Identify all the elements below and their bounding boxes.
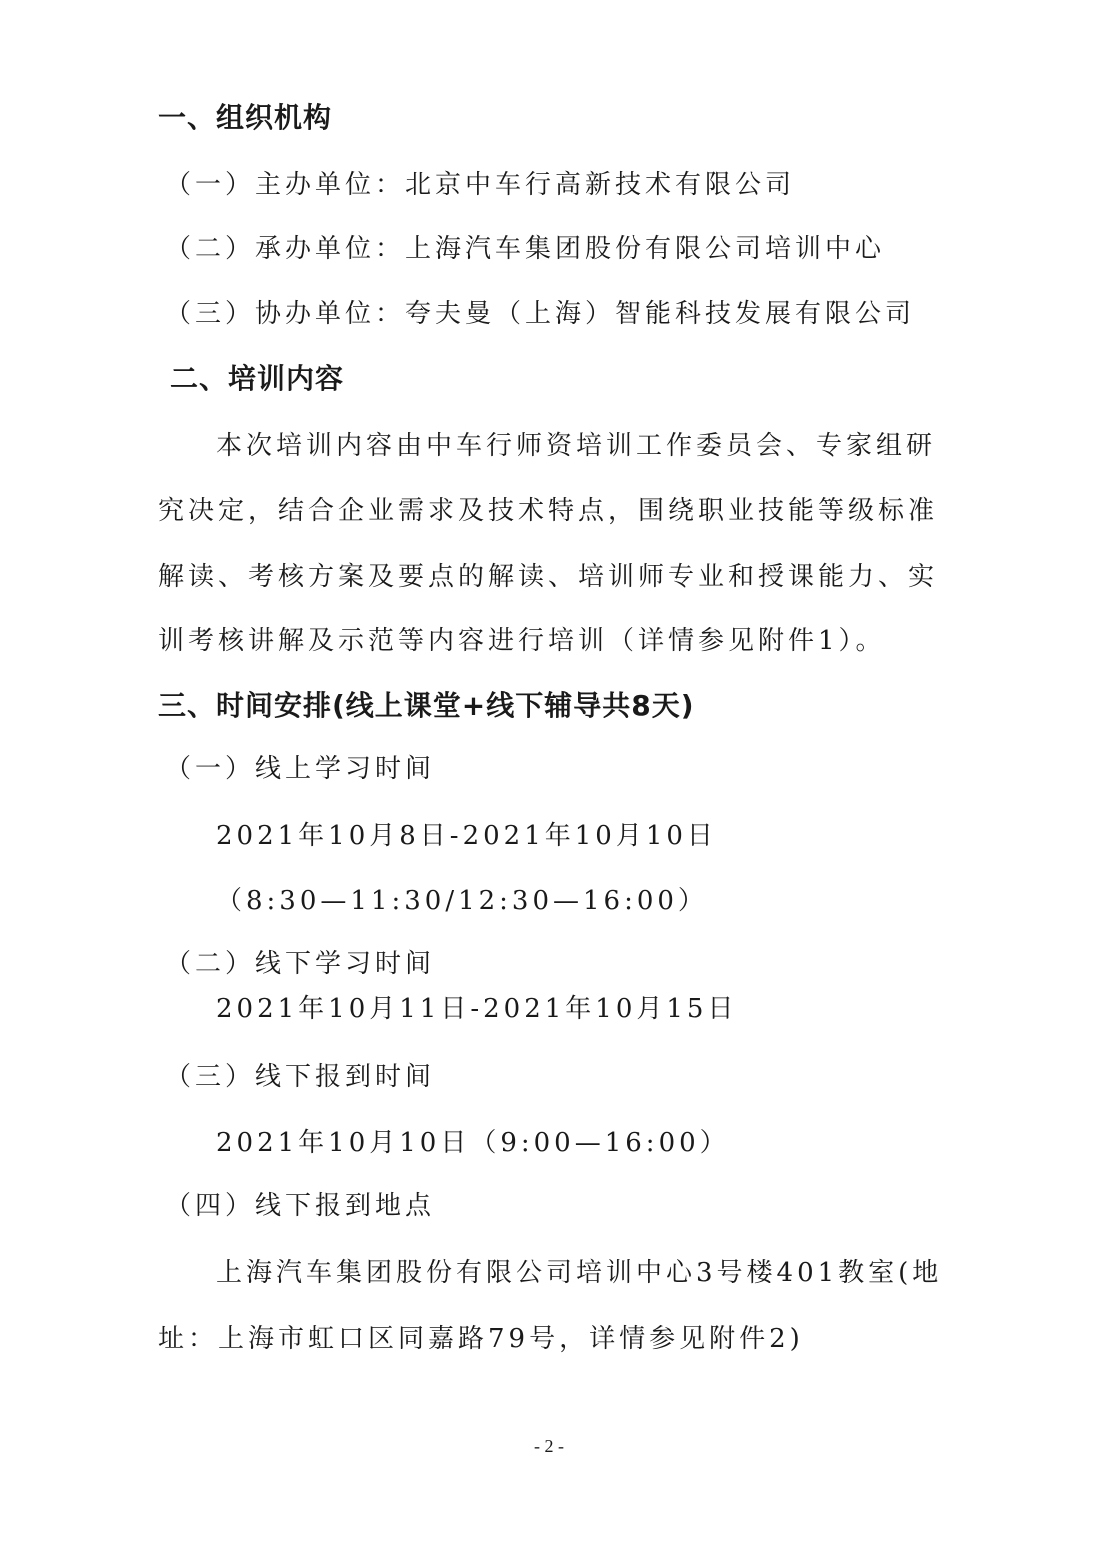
section-heading-content: 二、培训内容 (170, 357, 344, 397)
content-paragraph-line: 究决定，结合企业需求及技术特点，围绕职业技能等级标准 (158, 490, 938, 527)
section-heading-schedule: 三、时间安排(线上课堂+线下辅导共8天) (158, 684, 695, 724)
registration-location-line: 上海汽车集团股份有限公司培训中心3号楼401教室(地 (216, 1252, 942, 1289)
registration-location-line: 址：上海市虹口区同嘉路79号，详情参见附件2) (158, 1318, 804, 1355)
host-line: （二）承办单位：上海汽车集团股份有限公司培训中心 (165, 228, 885, 265)
registration-time-date: 2021年10月10日（9:00—16:00） (216, 1122, 730, 1159)
section-heading-organization: 一、组织机构 (158, 96, 332, 136)
online-study-date: 2021年10月8日-2021年10月10日 (216, 815, 717, 852)
online-study-title: （一）线上学习时间 (165, 748, 435, 785)
registration-time-title: （三）线下报到时间 (165, 1056, 435, 1093)
content-paragraph-line: 解读、考核方案及要点的解读、培训师专业和授课能力、实 (158, 556, 938, 593)
online-study-time: （8:30—11:30/12:30—16:00） (216, 880, 708, 917)
offline-study-date: 2021年10月11日-2021年10月15日 (216, 988, 737, 1025)
page-number: - 2 - (534, 1436, 564, 1457)
registration-location-title: （四）线下报到地点 (165, 1185, 435, 1222)
content-paragraph-line: 训考核讲解及示范等内容进行培训（详情参见附件1）。 (158, 620, 886, 657)
offline-study-title: （二）线下学习时间 (165, 943, 435, 980)
organizer-line: （一）主办单位：北京中车行高新技术有限公司 (165, 164, 795, 201)
co-organizer-line: （三）协办单位：夸夫曼（上海）智能科技发展有限公司 (165, 293, 915, 330)
content-paragraph-line: 本次培训内容由中车行师资培训工作委员会、专家组研 (216, 425, 936, 462)
